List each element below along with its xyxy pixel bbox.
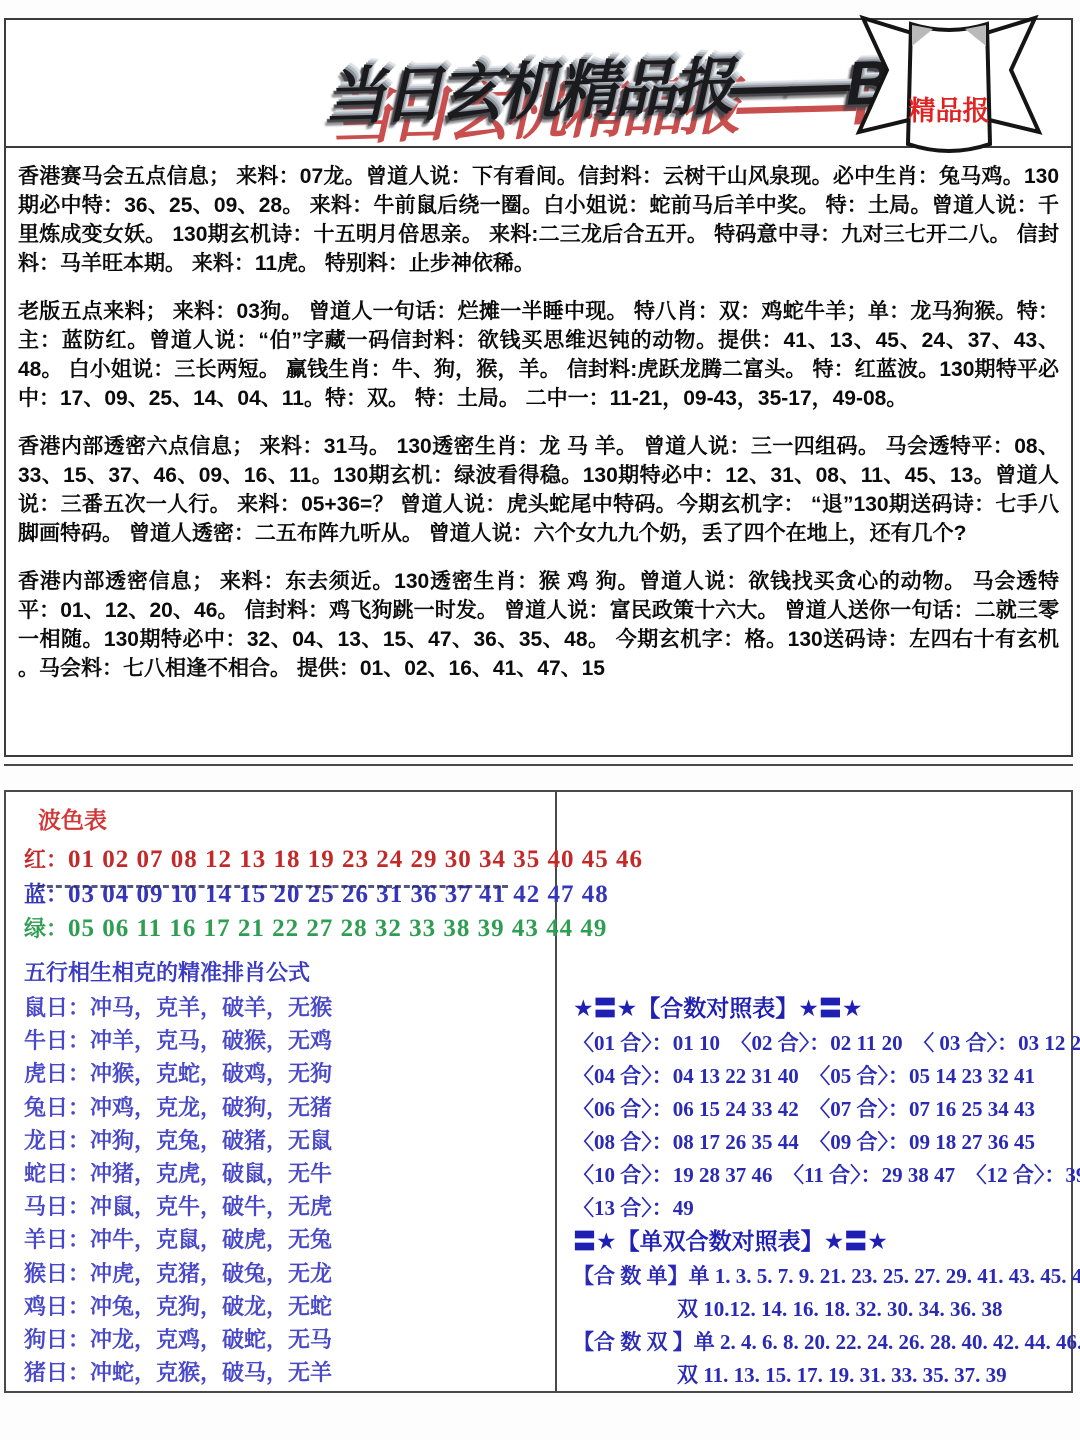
zodiac-row-pig: 猪日：冲蛇，克猴，破马，无羊 <box>24 1356 549 1389</box>
zodiac-row-ox: 牛日：冲羊，克马，破猴，无鸡 <box>24 1024 549 1057</box>
sum-row-10-12: 〈10 合〉：19 28 37 46 〈11 合〉：29 38 47 〈12 合… <box>573 1159 1080 1192</box>
even-sum-line1: 【合 数 双 】单 2. 4. 6. 8. 20. 22. 24. 26. 28… <box>573 1326 1080 1359</box>
top-section: 当日玄机精品报——B 当日玄机精品报——B 精品报 香港赛马会五点信息； 来料：… <box>4 18 1073 757</box>
zodiac-row-rooster: 鸡日：冲兔，克狗，破龙，无蛇 <box>24 1290 549 1323</box>
zodiac-row-snake: 蛇日：冲猪，克虎，破鼠，无牛 <box>24 1157 549 1190</box>
odd-sum-line1: 【合 数 单】单 1. 3. 5. 7. 9. 21. 23. 25. 27. … <box>573 1260 1080 1293</box>
even-sum-line2: 双 11. 13. 15. 17. 19. 31. 33. 35. 37. 39 <box>573 1359 1080 1392</box>
paragraph-old-5pm: 老版五点来料； 来料：03狗。 曾道人一句话：烂摊一半睡中现。 特八肖：双：鸡蛇… <box>18 297 1059 413</box>
zodiac-row-tiger: 虎日：冲猴，克蛇，破鸡，无狗 <box>24 1057 549 1090</box>
zodiac-row-horse: 马日：冲鼠，克牛，破牛，无虎 <box>24 1190 549 1223</box>
masthead-title-text: 当日玄机精品报——B <box>323 33 888 137</box>
sum-table-header: ★〓★【合数对照表】★〓★ <box>573 992 1080 1025</box>
wave-row-green-numbers: 05 06 11 16 17 21 22 27 28 32 33 38 39 4… <box>68 915 607 942</box>
masthead: 当日玄机精品报——B 当日玄机精品报——B 精品报 <box>6 20 1071 148</box>
ribbon-label: 精品报 <box>909 95 990 126</box>
odd-even-table-header: 〓★【单双合数对照表】★〓★ <box>573 1225 1080 1258</box>
zodiac-row-rabbit: 兔日：冲鸡，克龙，破狗，无猪 <box>24 1091 549 1124</box>
wave-row-blue: 蓝：03 04 09 10 14 15 20 25 26 31 36 37 41… <box>24 878 549 912</box>
odd-sum-line2: 双 10.12. 14. 16. 18. 32. 30. 34. 36. 38 <box>573 1293 1080 1326</box>
zodiac-row-rat: 鼠日：冲马，克羊，破羊，无猴 <box>24 991 549 1024</box>
paragraph-hk-jockey-5pm: 香港赛马会五点信息； 来料：07龙。曾道人说：下有看间。信封料：云树干山风泉现。… <box>18 162 1059 278</box>
ribbon-badge: 精品报 <box>849 8 1049 160</box>
masthead-title: 当日玄机精品报——B 当日玄机精品报——B <box>323 27 886 152</box>
sum-row-13: 〈13 合〉：49 <box>573 1192 1080 1225</box>
print-artifact-dashes <box>38 885 508 888</box>
paragraph-hk-internal-6pm: 香港内部透密六点信息； 来料：31马。 130透密生肖：龙 马 羊。 曾道人说：… <box>18 432 1059 548</box>
sum-table-column: ★〓★【合数对照表】★〓★ 〈01 合〉：01 10 〈02 合〉：02 11 … <box>557 792 1080 1391</box>
zodiac-row-goat: 羊日：冲牛，克鼠，破虎，无兔 <box>24 1223 549 1256</box>
sum-row-04-05: 〈04 合〉：04 13 22 31 40 〈05 合〉：05 14 23 32… <box>573 1060 1080 1093</box>
wave-row-red-label: 红： <box>24 847 68 872</box>
sum-row-06-07: 〈06 合〉：06 15 24 33 42 〈07 合〉：07 16 25 34… <box>573 1093 1080 1126</box>
sum-row-01-03: 〈01 合〉：01 10 〈02 合〉：02 11 20 〈 03 合〉：03 … <box>573 1027 1080 1060</box>
section-divider <box>4 764 1073 766</box>
wave-row-green-label: 绿： <box>24 916 68 941</box>
tips-paragraphs: 香港赛马会五点信息； 来料：07龙。曾道人说：下有看间。信封料：云树干山风泉现。… <box>6 148 1071 683</box>
zodiac-row-monkey: 猴日：冲虎，克猪，破兔，无龙 <box>24 1257 549 1290</box>
zodiac-row-dragon: 龙日：冲狗，克兔，破猪，无鼠 <box>24 1124 549 1157</box>
report-page: 当日玄机精品报——B 当日玄机精品报——B 精品报 香港赛马会五点信息； 来料：… <box>0 0 1080 1440</box>
zodiac-row-dog: 狗日：冲龙，克鸡，破蛇，无马 <box>24 1323 549 1356</box>
ribbon-panel <box>908 24 990 151</box>
five-elements-title: 五行相生相克的精准排肖公式 <box>24 956 549 987</box>
bottom-section: 波色表 红：01 02 07 08 12 13 18 19 23 24 29 3… <box>4 790 1073 1393</box>
sum-row-08-09: 〈08 合〉：08 17 26 35 44 〈09 合〉：09 18 27 36… <box>573 1126 1080 1159</box>
wave-row-green: 绿：05 06 11 16 17 21 22 27 28 32 33 38 39… <box>24 912 549 946</box>
wave-table-title: 波色表 <box>38 802 549 835</box>
wave-row-red: 红：01 02 07 08 12 13 18 19 23 24 29 30 34… <box>24 843 549 877</box>
wave-and-zodiac-column: 波色表 红：01 02 07 08 12 13 18 19 23 24 29 3… <box>6 792 557 1391</box>
paragraph-hk-internal: 香港内部透密信息； 来料：东去须近。130透密生肖：猴 鸡 狗。曾道人说：欲钱找… <box>18 567 1059 683</box>
